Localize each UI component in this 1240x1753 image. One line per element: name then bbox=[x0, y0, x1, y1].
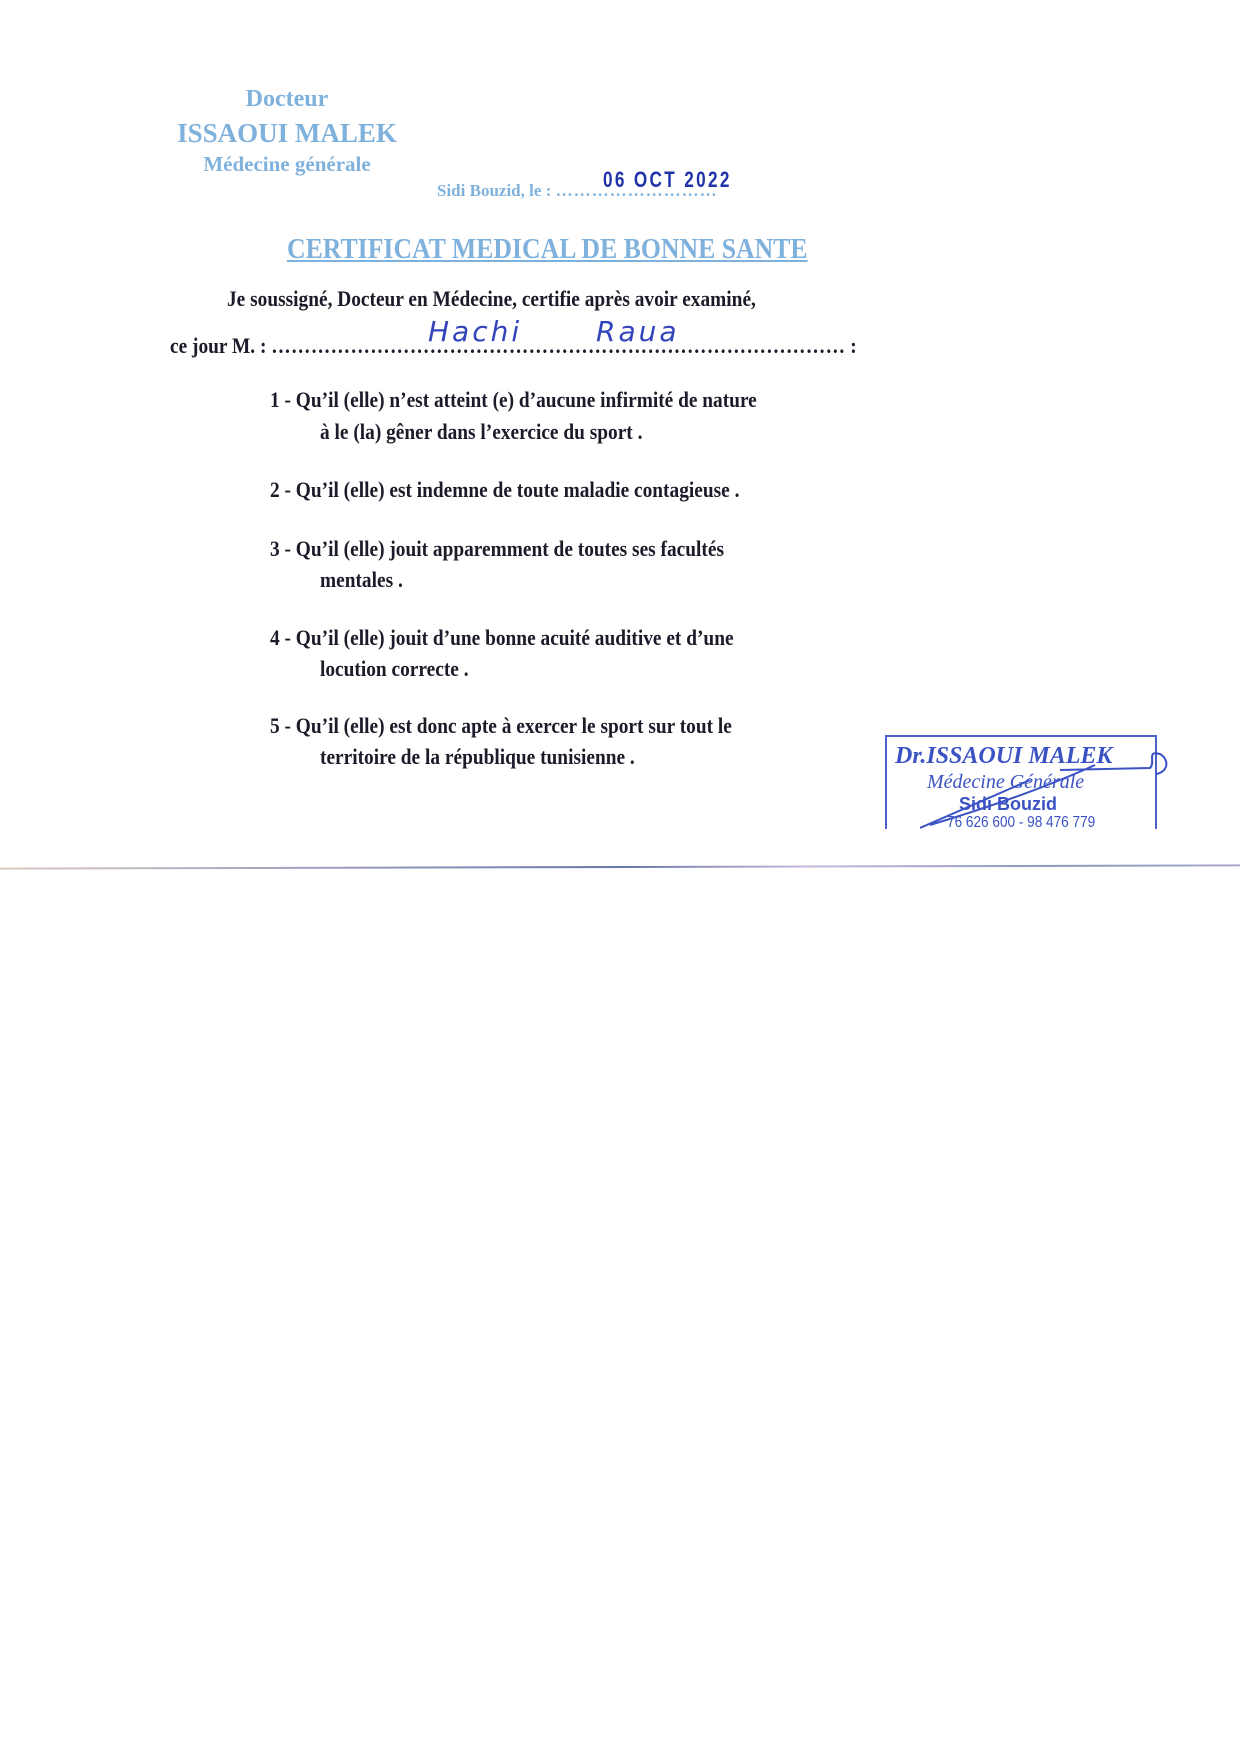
date-stamp: 06 OCT 2022 bbox=[603, 167, 732, 193]
item-1-line2: à le (la) gêner dans l’exercice du sport… bbox=[320, 419, 642, 445]
intro-text: Je soussigné, Docteur en Médecine, certi… bbox=[227, 286, 756, 312]
item-3-line2: mentales . bbox=[320, 567, 403, 593]
letterhead-doctor-name: ISSAOUI MALEK bbox=[127, 118, 447, 149]
item-4-line2: locution correcte . bbox=[320, 656, 469, 682]
signature-icon bbox=[920, 740, 1190, 840]
patient-dots: …………………………………………………………………………… bbox=[271, 333, 845, 358]
item-5-line1: 5 - Qu’il (elle) est donc apte à exercer… bbox=[270, 713, 732, 739]
page-edge-line bbox=[0, 864, 1240, 869]
item-1-line1: 1 - Qu’il (elle) n’est atteint (e) d’auc… bbox=[270, 387, 757, 413]
certificate-title: CERTIFICAT MEDICAL DE BONNE SANTE bbox=[287, 234, 808, 266]
patient-label: ce jour M. : bbox=[170, 333, 266, 358]
item-3-line1: 3 - Qu’il (elle) jouit apparemment de to… bbox=[270, 536, 724, 562]
place-label: Sidi Bouzid, le : bbox=[437, 181, 551, 200]
patient-trailing: : bbox=[850, 333, 856, 358]
patient-name-first: Hachi bbox=[428, 315, 522, 348]
letterhead-title: Docteur bbox=[127, 86, 447, 113]
item-4-line1: 4 - Qu’il (elle) jouit d’une bonne acuit… bbox=[270, 625, 734, 651]
letterhead-specialty: Médecine générale bbox=[127, 152, 447, 177]
item-5-line2: territoire de la république tunisienne . bbox=[320, 744, 635, 770]
patient-name-last: Raua bbox=[596, 315, 680, 348]
item-2-line1: 2 - Qu’il (elle) est indemne de toute ma… bbox=[270, 477, 739, 503]
